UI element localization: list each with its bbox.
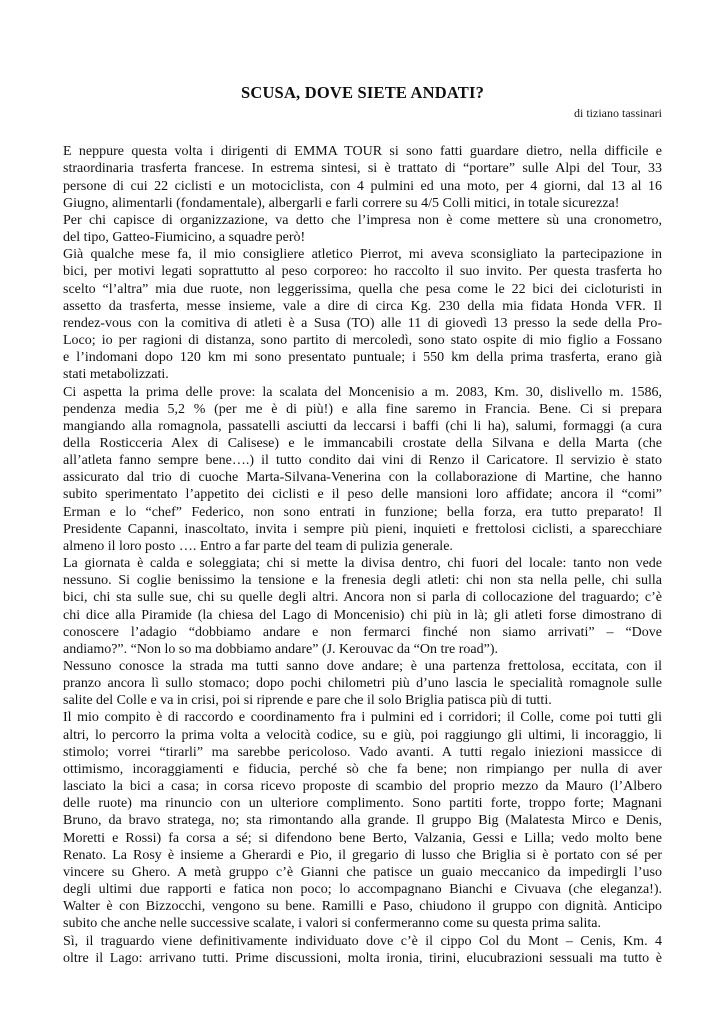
text-line: conoscere l’adagio “dobbiamo andare e no… [63, 624, 662, 641]
text-line: Il mio compito è di raccordo e coordinam… [63, 709, 662, 726]
text-line: scelto “l’altra” mia due ruote, non legg… [63, 281, 662, 298]
paragraph: Nessuno conosce la strada ma tutti sanno… [63, 658, 662, 709]
article-body: E neppure questa volta i dirigenti di EM… [63, 143, 662, 967]
text-line: Erman e lo “chef” Federico, non sono ent… [63, 504, 662, 521]
text-line: della Rosticceria Alex di Calisese) e le… [63, 435, 662, 452]
text-line: Bruno, da bravo stratega, no; sta rimont… [63, 812, 662, 829]
text-line: nessuno. Si coglie benissimo la tensione… [63, 572, 662, 589]
text-line: rendez-vous con la comitiva di atleti è … [63, 315, 662, 332]
text-line: ottimismo, incoraggiamenti e fiducia, pe… [63, 761, 662, 778]
text-line: La giornata è calda e soleggiata; chi si… [63, 555, 662, 572]
page-title: SCUSA, DOVE SIETE ANDATI? [63, 84, 662, 102]
text-line: bici, per motivi legati soprattutto al p… [63, 263, 662, 280]
text-line: lasciato la bici a casa; in corsa ricevo… [63, 778, 662, 795]
text-line: vincere su Ghero. A metà gruppo c’è Gian… [63, 864, 662, 881]
text-line: Sì, il traguardo viene definitivamente i… [63, 933, 662, 950]
text-line: subito che anche nelle successive scalat… [63, 915, 662, 932]
paragraph: La giornata è calda e soleggiata; chi si… [63, 555, 662, 658]
text-line: Giugno, alimentarli (fondamentale), albe… [63, 195, 662, 212]
text-line: Ci aspetta la prima delle prove: la scal… [63, 384, 662, 401]
text-line: bici, chi sta sulle sue, chi su quelle d… [63, 589, 662, 606]
text-line: assicurato dal trio di cuoche Marta-Silv… [63, 469, 662, 486]
text-line: e l’indomani dopo 120 km mi sono present… [63, 349, 662, 366]
text-line: chi dice alla Piramide (la chiesa del La… [63, 607, 662, 624]
paragraph: E neppure questa volta i dirigenti di EM… [63, 143, 662, 212]
text-line: degli ultimi due rapporti e fatica non p… [63, 881, 662, 898]
text-line: E neppure questa volta i dirigenti di EM… [63, 143, 662, 160]
text-line: Già qualche mese fa, il mio consigliere … [63, 246, 662, 263]
text-line: stimolo; vorrei “tirarli” ma sarebbe per… [63, 744, 662, 761]
text-line: all’atleta fanno sempre bene….) il tutto… [63, 452, 662, 469]
byline: di tiziano tassinari [63, 107, 662, 120]
text-line: Presidente Capanni, inascoltato, invita … [63, 521, 662, 538]
paragraph: Sì, il traguardo viene definitivamente i… [63, 933, 662, 967]
text-line: altri, lo percorro la prima volta a velo… [63, 727, 662, 744]
text-line: assetto da trasferta, messe insieme, val… [63, 298, 662, 315]
paragraph: Il mio compito è di raccordo e coordinam… [63, 709, 662, 932]
text-line: almeno il loro posto …. Entro a far part… [63, 538, 662, 555]
text-line: stati metabolizzati. [63, 366, 662, 383]
document-page: SCUSA, DOVE SIETE ANDATI? di tiziano tas… [0, 0, 724, 1024]
text-line: delle ruote) ma rinuncio con un ulterior… [63, 795, 662, 812]
text-line: oltre il Lago: arrivano tutti. Prime dis… [63, 950, 662, 967]
text-line: andiamo?”. “Non lo so ma dobbiamo andare… [63, 641, 662, 658]
text-line: mangiando alla romagnola, passatelli asc… [63, 418, 662, 435]
text-line: salite del Colle e va in crisi, poi si r… [63, 692, 662, 709]
text-line: persone di cui 22 ciclisti e un motocicl… [63, 178, 662, 195]
text-line: pranzo ancora lì sullo stomaco; dopo poc… [63, 675, 662, 692]
text-line: Per chi capisce di organizzazione, va de… [63, 212, 662, 229]
text-line: Loco; io per ragioni di distanza, sono p… [63, 332, 662, 349]
text-line: del tipo, Gatteo-Fiumicino, a squadre pe… [63, 229, 662, 246]
text-line: Nessuno conosce la strada ma tutti sanno… [63, 658, 662, 675]
text-line: Renato. La Rosy è insieme a Gherardi e P… [63, 847, 662, 864]
paragraph: Ci aspetta la prima delle prove: la scal… [63, 384, 662, 556]
text-line: pendenza media 5,2 % (per me è di più!) … [63, 401, 662, 418]
text-line: subito sperimentato l’appetito dei cicli… [63, 486, 662, 503]
text-line: Moretti e Rossi) fa corsa a sé; si difen… [63, 830, 662, 847]
text-line: Walter è con Bizzocchi, vengono su bene.… [63, 898, 662, 915]
text-line: straordinaria trasferta francese. In est… [63, 160, 662, 177]
paragraph: Per chi capisce di organizzazione, va de… [63, 212, 662, 246]
paragraph: Già qualche mese fa, il mio consigliere … [63, 246, 662, 383]
